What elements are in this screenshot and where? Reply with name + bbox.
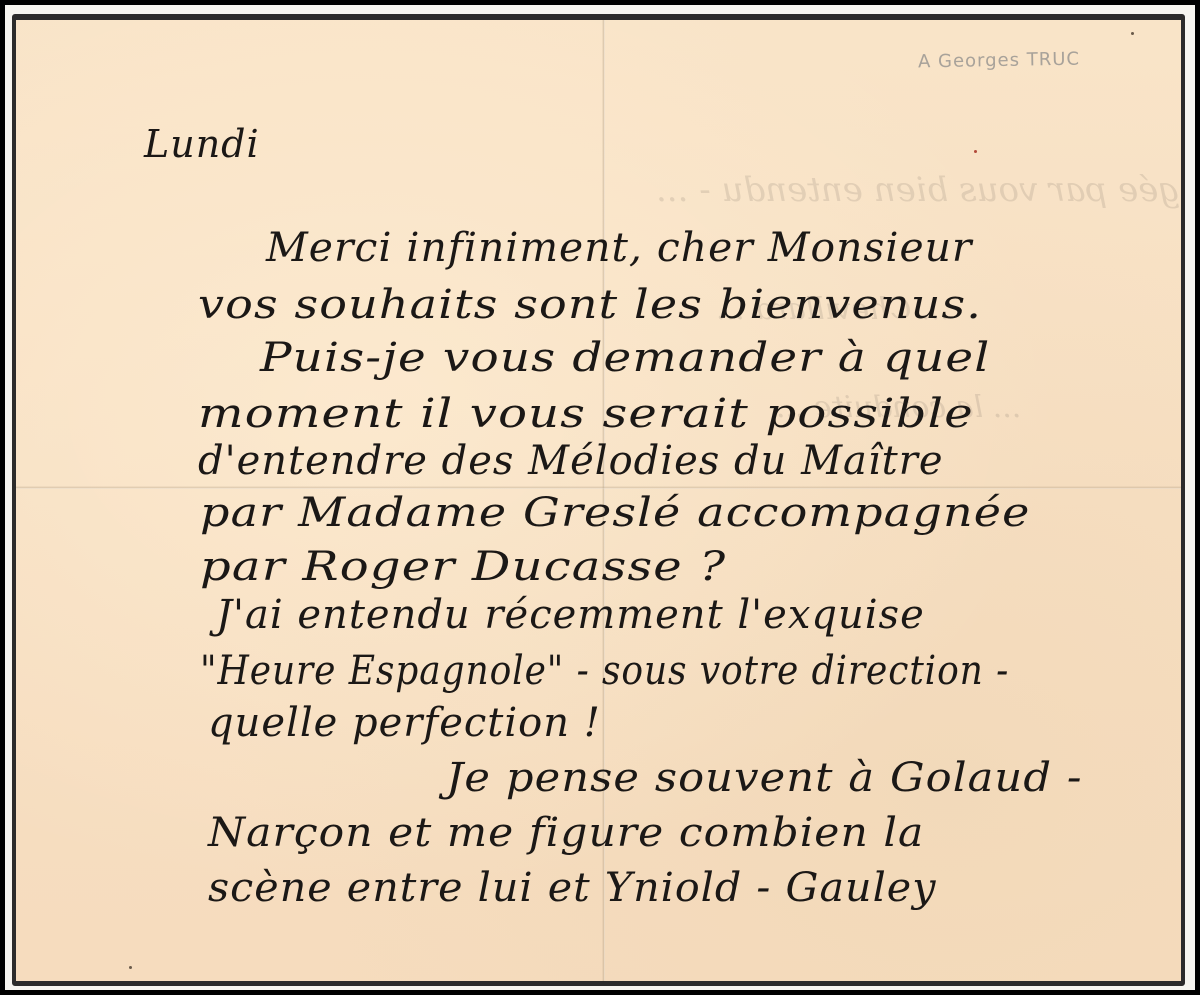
letter-paper: A Georges TRUC dirigée par vous bien ent…: [12, 14, 1185, 986]
pencil-annotation: A Georges TRUC: [918, 49, 1080, 73]
letter-line: "Heure Espagnole" - sous votre direction…: [200, 648, 1009, 694]
letter-line: Puis-je vous demander à quel: [260, 335, 990, 381]
horizontal-fold-crease: [16, 486, 1181, 489]
letter-line: quelle perfection !: [208, 700, 601, 746]
letter-line: par Roger Ducasse ?: [200, 544, 726, 590]
ink-speck: [1131, 32, 1134, 35]
letter-line: Narçon et me figure combien la: [208, 810, 924, 856]
letter-salutation: Lundi: [144, 122, 260, 166]
letter-line: d'entendre des Mélodies du Maître: [198, 438, 944, 484]
letter-line: Je pense souvent à Golaud -: [446, 755, 1083, 801]
ink-speck: [129, 966, 132, 969]
bleed-through-text: dirigée par vous bien entendu - ...: [656, 170, 1185, 210]
letter-line: scène entre lui et Yniold - Gauley: [208, 865, 937, 911]
letter-line: Merci infiniment, cher Monsieur: [266, 225, 972, 271]
ink-speck: [974, 150, 977, 153]
letter-line: par Madame Greslé accompagnée: [200, 490, 1030, 536]
scan-frame: A Georges TRUC dirigée par vous bien ent…: [5, 5, 1195, 990]
letter-line: moment il vous serait possible: [198, 391, 974, 437]
letter-line: vos souhaits sont les bienvenus.: [198, 282, 982, 328]
letter-line: J'ai entendu récemment l'exquise: [216, 592, 925, 638]
